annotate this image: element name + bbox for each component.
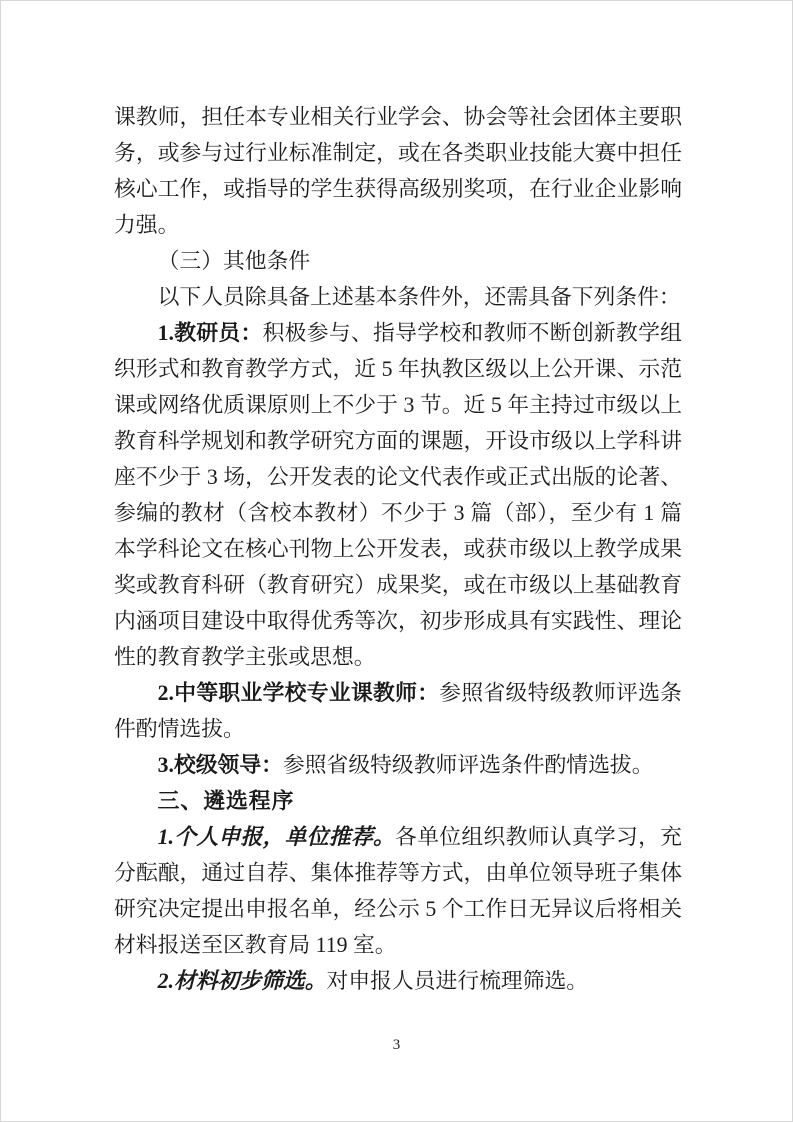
- page-number: 3: [1, 1037, 792, 1054]
- step-lead-italic: 2.材料初步筛选。: [158, 969, 327, 993]
- paragraph-continuation: 课教师，担任本专业相关行业学会、协会等社会团体主要职务，或参与过行业标准制定，或…: [114, 99, 682, 243]
- section-heading-other-conditions: （三）其他条件: [114, 243, 682, 279]
- paragraph-step-1-application: 1.个人申报，单位推荐。各单位组织教师认真学习，充分酝酿，通过自荐、集体推荐等方…: [114, 819, 682, 963]
- heading-text: （三）其他条件: [158, 249, 311, 273]
- paragraph-step-2-screening: 2.材料初步筛选。对申报人员进行梳理筛选。: [114, 963, 682, 999]
- section-heading-selection-procedure: 三、遴选程序: [114, 783, 682, 819]
- document-body: 课教师，担任本专业相关行业学会、协会等社会团体主要职务，或参与过行业标准制定，或…: [114, 99, 682, 999]
- paragraph-item-1-researcher: 1.教研员：积极参与、指导学校和教师不断创新教学组织形式和教育教学方式，近 5 …: [114, 315, 682, 675]
- body-text: 对申报人员进行梳理筛选。: [327, 969, 589, 993]
- item-lead-bold: 2.中等职业学校专业课教师：: [158, 681, 440, 705]
- document-page: 课教师，担任本专业相关行业学会、协会等社会团体主要职务，或参与过行业标准制定，或…: [0, 0, 793, 1122]
- body-text: 以下人员除具备上述基本条件外，还需具备下列条件：: [158, 285, 681, 309]
- item-lead-bold: 1.教研员：: [158, 321, 263, 345]
- body-text: 参照省级特级教师评选条件酌情选拔。: [283, 753, 654, 777]
- paragraph-item-2-vocational-teacher: 2.中等职业学校专业课教师：参照省级特级教师评选条件酌情选拔。: [114, 675, 682, 747]
- body-text: 积极参与、指导学校和教师不断创新教学组织形式和教育教学方式，近 5 年执教区级以…: [114, 321, 682, 669]
- body-text: 课教师，担任本专业相关行业学会、协会等社会团体主要职务，或参与过行业标准制定，或…: [114, 105, 682, 237]
- paragraph-intro: 以下人员除具备上述基本条件外，还需具备下列条件：: [114, 279, 682, 315]
- step-lead-italic: 1.个人申报，单位推荐。: [158, 825, 396, 849]
- item-lead-bold: 3.校级领导：: [158, 753, 283, 777]
- heading-text: 三、遴选程序: [158, 788, 295, 813]
- paragraph-item-3-school-leader: 3.校级领导：参照省级特级教师评选条件酌情选拔。: [114, 747, 682, 783]
